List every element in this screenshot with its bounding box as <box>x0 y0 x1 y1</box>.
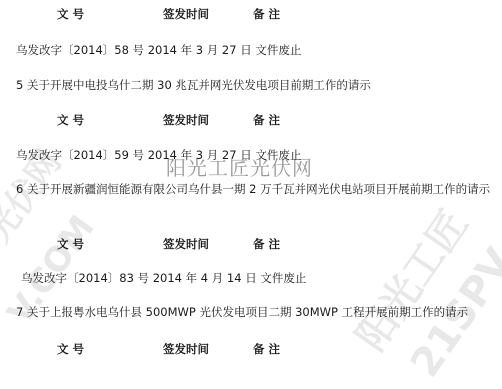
header-remarks: 备 注 <box>253 112 280 128</box>
header-doc-number: 文 号 <box>57 6 84 22</box>
section-title-5: 5 关于开展中电投乌什二期 30 兆瓦并网光伏发电项目前期工作的请示 <box>16 77 371 93</box>
header-remarks: 备 注 <box>253 6 280 22</box>
record-row: 乌发改字〔2014〕58 号 2014 年 3 月 27 日 文件废止 <box>16 42 301 58</box>
record-row: 乌发改字〔2014〕59 号 2014 年 3 月 27 日 文件废止 <box>16 147 301 163</box>
watermark-right: 阳光工匠 <box>341 197 479 361</box>
record-row: 乌发改字〔2014〕83 号 2014 年 4 月 14 日 文件废止 <box>21 270 306 286</box>
header-remarks: 备 注 <box>253 236 280 252</box>
header-doc-number: 文 号 <box>57 236 84 252</box>
header-issue-date: 签发时间 <box>163 236 209 252</box>
section-title-7: 7 关于上报粤水电乌什县 500MWP 光伏发电项目二期 30MWP 工程开展前… <box>16 304 468 320</box>
header-doc-number: 文 号 <box>57 112 84 128</box>
section-title-6: 6 关于开展新疆润恒能源有限公司乌什县一期 2 万千瓦并网光伏电站项目开展前期工… <box>16 181 496 198</box>
header-doc-number: 文 号 <box>57 341 84 357</box>
header-remarks: 备 注 <box>253 341 280 357</box>
header-issue-date: 签发时间 <box>163 341 209 357</box>
header-issue-date: 签发时间 <box>163 112 209 128</box>
header-issue-date: 签发时间 <box>163 6 209 22</box>
